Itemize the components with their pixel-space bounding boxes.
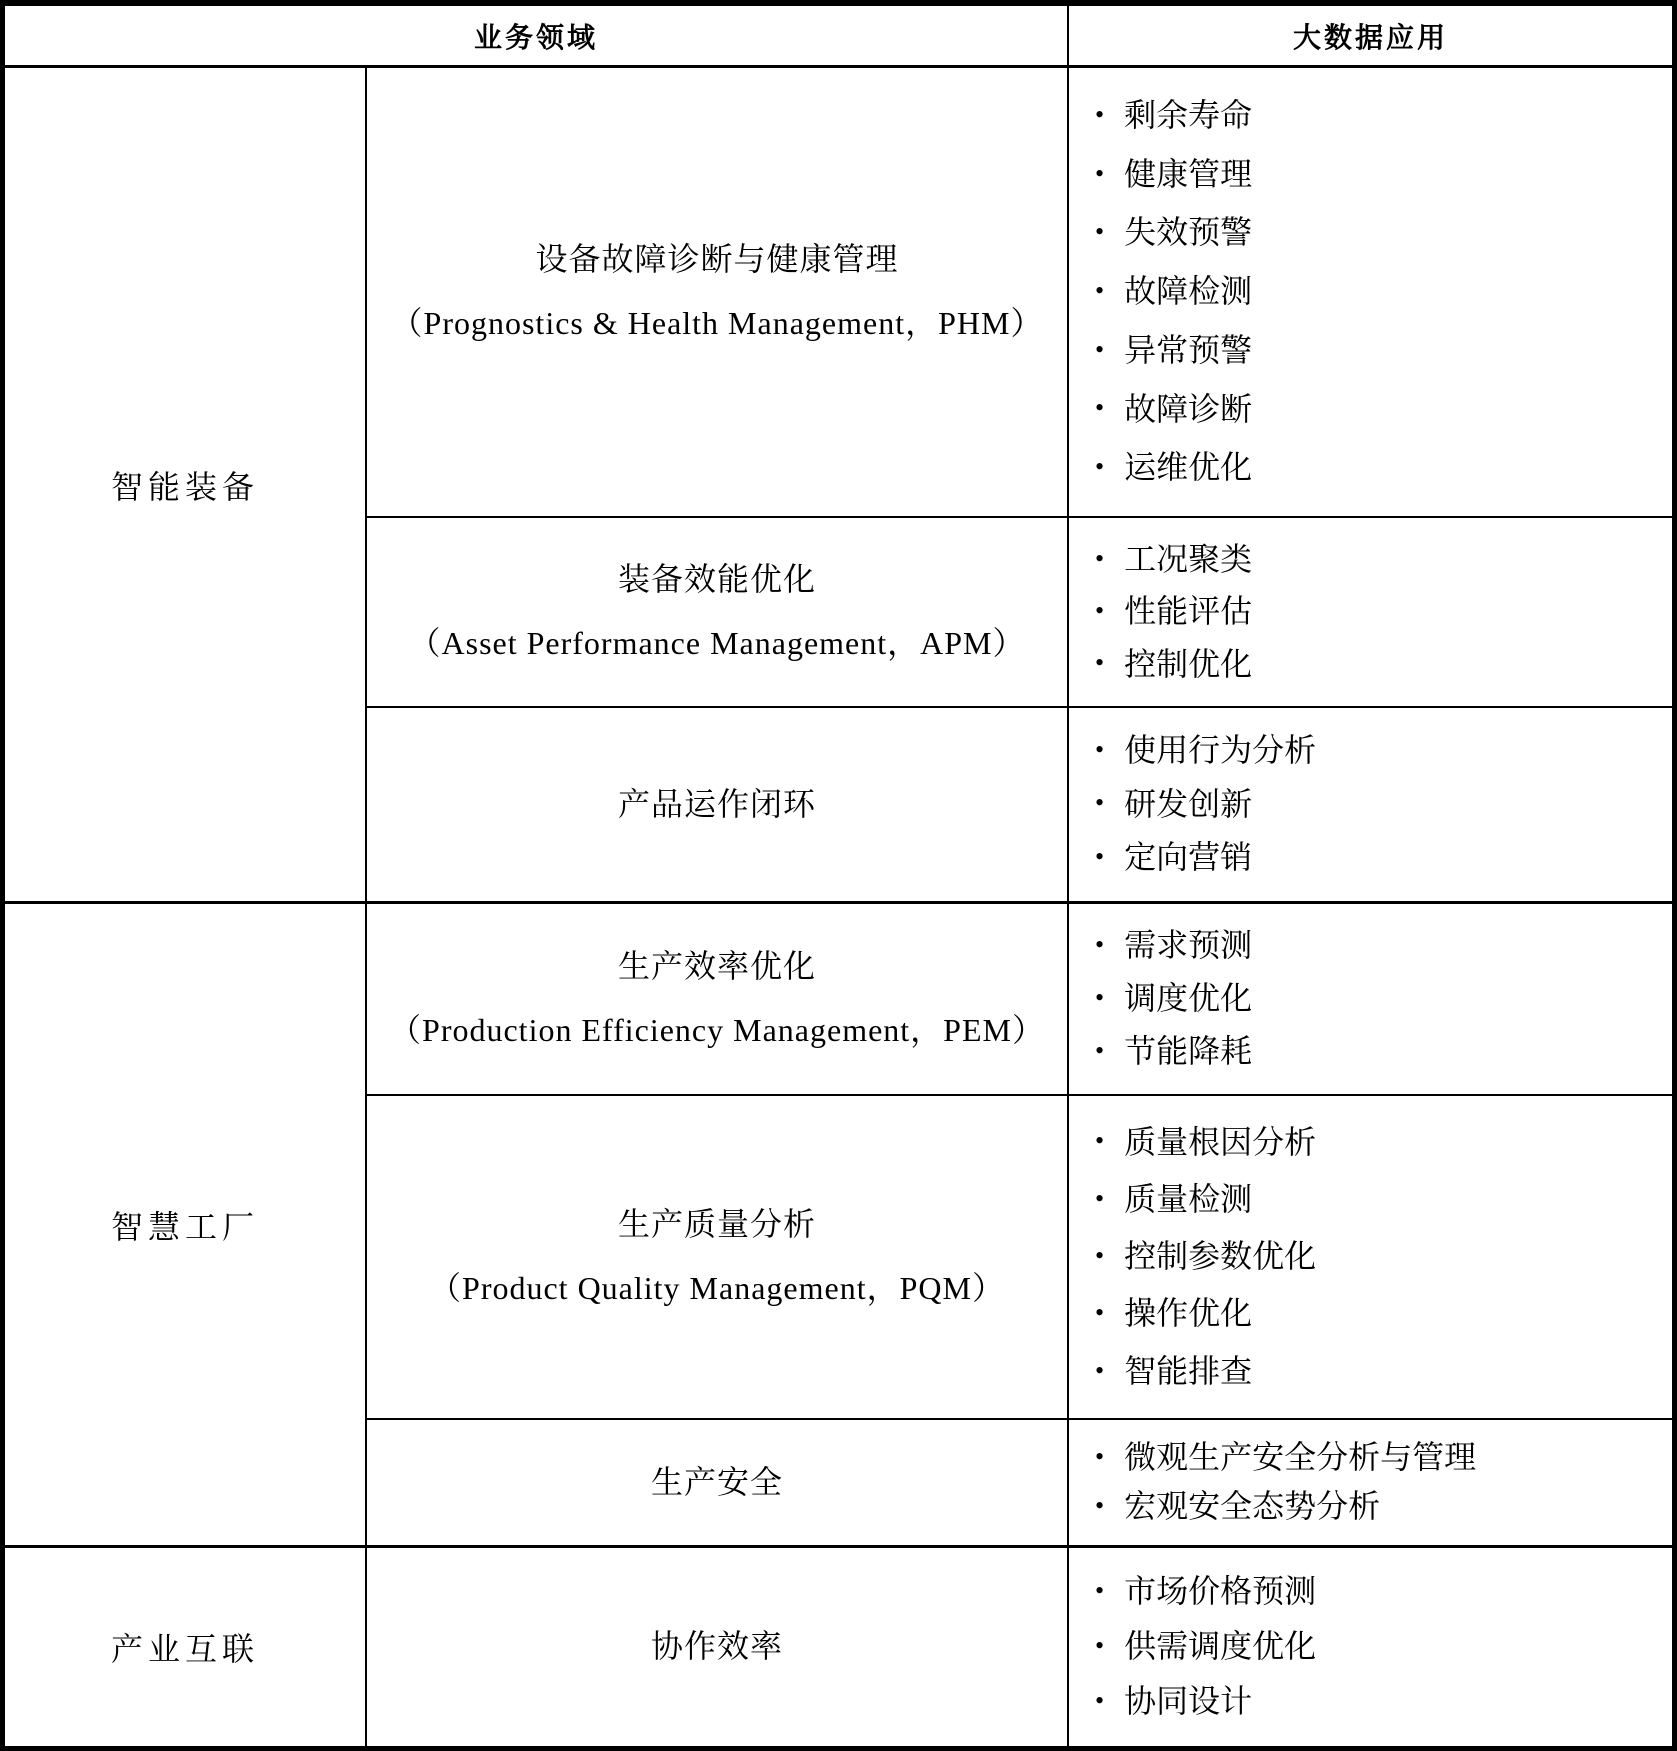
area-title: 装备效能优化 bbox=[618, 563, 816, 597]
bullet-icon: • bbox=[1095, 1128, 1104, 1154]
app-item: •需求预测 bbox=[1095, 929, 1662, 963]
header-cell-business-domain: 业务领域 bbox=[5, 6, 1069, 68]
app-item: •研发创新 bbox=[1095, 788, 1662, 822]
bullet-icon: • bbox=[1095, 650, 1104, 676]
area-title: 设备故障诊断与健康管理 bbox=[535, 243, 898, 277]
app-label: 需求预测 bbox=[1124, 929, 1252, 963]
area-title: 生产质量分析 bbox=[618, 1208, 816, 1242]
bullet-icon: • bbox=[1095, 337, 1104, 363]
area-subtitle: （Production Efficiency Management，PEM） bbox=[389, 1014, 1045, 1048]
app-label: 运维优化 bbox=[1124, 451, 1252, 485]
area-title: 生产安全 bbox=[651, 1466, 783, 1500]
app-item: •宏观安全态势分析 bbox=[1095, 1490, 1662, 1524]
area-cell-product-operation-loop: 产品运作闭环 bbox=[367, 708, 1069, 904]
area-cell-pem: 生产效率优化 （Production Efficiency Management… bbox=[367, 904, 1069, 1096]
apps-list-pem: •需求预测 •调度优化 •节能降耗 bbox=[1069, 904, 1672, 1096]
app-label: 节能降耗 bbox=[1124, 1035, 1252, 1069]
apps-list-pqm: •质量根因分析 •质量检测 •控制参数优化 •操作优化 •智能排查 bbox=[1069, 1096, 1672, 1420]
app-item: •性能评估 bbox=[1095, 595, 1662, 629]
app-label: 性能评估 bbox=[1124, 595, 1252, 629]
area-cell-production-safety: 生产安全 bbox=[367, 1420, 1069, 1548]
apps-list-collaboration-efficiency: •市场价格预测 •供需调度优化 •协同设计 bbox=[1069, 1548, 1672, 1746]
app-label: 质量根因分析 bbox=[1124, 1126, 1316, 1160]
app-item: •失效预警 bbox=[1095, 216, 1662, 250]
app-item: •工况聚类 bbox=[1095, 543, 1662, 577]
area-subtitle: （Prognostics & Health Management，PHM） bbox=[391, 307, 1044, 341]
bullet-icon: • bbox=[1095, 1186, 1104, 1212]
app-label: 工况聚类 bbox=[1124, 543, 1252, 577]
app-label: 市场价格预测 bbox=[1124, 1575, 1316, 1609]
app-item: •定向营销 bbox=[1095, 841, 1662, 875]
area-title: 协作效率 bbox=[651, 1630, 783, 1664]
business-bigdata-table: 业务领域 大数据应用 智能装备 智慧工厂 产业互联 设备故障诊断与健康管理 （P… bbox=[0, 0, 1677, 1751]
app-item: •健康管理 bbox=[1095, 158, 1662, 192]
app-label: 故障诊断 bbox=[1124, 393, 1252, 427]
app-label: 微观生产安全分析与管理 bbox=[1124, 1441, 1476, 1475]
app-item: •智能排查 bbox=[1095, 1355, 1662, 1389]
area-subtitle: （Asset Performance Management，APM） bbox=[409, 627, 1026, 661]
app-label: 定向营销 bbox=[1124, 841, 1252, 875]
bullet-icon: • bbox=[1095, 1243, 1104, 1269]
app-item: •使用行为分析 bbox=[1095, 734, 1662, 768]
bullet-icon: • bbox=[1095, 985, 1104, 1011]
app-label: 质量检测 bbox=[1124, 1183, 1252, 1217]
bullet-icon: • bbox=[1095, 1038, 1104, 1064]
bullet-icon: • bbox=[1095, 219, 1104, 245]
app-item: •调度优化 bbox=[1095, 982, 1662, 1016]
area-title: 产品运作闭环 bbox=[618, 788, 816, 822]
bullet-icon: • bbox=[1095, 1300, 1104, 1326]
area-title: 生产效率优化 bbox=[618, 950, 816, 984]
app-item: •质量根因分析 bbox=[1095, 1126, 1662, 1160]
app-item: •运维优化 bbox=[1095, 451, 1662, 485]
app-label: 调度优化 bbox=[1124, 982, 1252, 1016]
group-cell-industry-interconnection: 产业互联 bbox=[5, 1548, 367, 1746]
area-cell-phm: 设备故障诊断与健康管理 （Prognostics & Health Manage… bbox=[367, 68, 1069, 518]
bullet-icon: • bbox=[1095, 454, 1104, 480]
app-label: 剩余寿命 bbox=[1124, 99, 1252, 133]
bullet-icon: • bbox=[1095, 1444, 1104, 1470]
bullet-icon: • bbox=[1095, 1358, 1104, 1384]
app-label: 使用行为分析 bbox=[1124, 734, 1316, 768]
app-item: •微观生产安全分析与管理 bbox=[1095, 1441, 1662, 1475]
bullet-icon: • bbox=[1095, 546, 1104, 572]
bullet-icon: • bbox=[1095, 844, 1104, 870]
bullet-icon: • bbox=[1095, 395, 1104, 421]
bullet-icon: • bbox=[1095, 598, 1104, 624]
group-cell-smart-factory: 智慧工厂 bbox=[5, 904, 367, 1548]
app-item: •节能降耗 bbox=[1095, 1035, 1662, 1069]
app-item: •协同设计 bbox=[1095, 1685, 1662, 1719]
bullet-icon: • bbox=[1095, 1633, 1104, 1659]
bullet-icon: • bbox=[1095, 1493, 1104, 1519]
app-item: •异常预警 bbox=[1095, 334, 1662, 368]
app-label: 智能排查 bbox=[1124, 1355, 1252, 1389]
bullet-icon: • bbox=[1095, 932, 1104, 958]
app-label: 操作优化 bbox=[1124, 1297, 1252, 1331]
area-subtitle: （Product Quality Management，PQM） bbox=[429, 1272, 1005, 1306]
app-item: •供需调度优化 bbox=[1095, 1630, 1662, 1664]
app-label: 故障检测 bbox=[1124, 275, 1252, 309]
app-item: •剩余寿命 bbox=[1095, 99, 1662, 133]
area-cell-pqm: 生产质量分析 （Product Quality Management，PQM） bbox=[367, 1096, 1069, 1420]
bullet-icon: • bbox=[1095, 1578, 1104, 1604]
app-item: •故障检测 bbox=[1095, 275, 1662, 309]
apps-list-product-operation-loop: •使用行为分析 •研发创新 •定向营销 bbox=[1069, 708, 1672, 904]
apps-list-apm: •工况聚类 •性能评估 •控制优化 bbox=[1069, 518, 1672, 708]
app-item: •控制优化 bbox=[1095, 648, 1662, 682]
app-item: •操作优化 bbox=[1095, 1297, 1662, 1331]
app-item: •市场价格预测 bbox=[1095, 1575, 1662, 1609]
app-label: 失效预警 bbox=[1124, 216, 1252, 250]
app-label: 健康管理 bbox=[1124, 158, 1252, 192]
app-item: •控制参数优化 bbox=[1095, 1240, 1662, 1274]
app-label: 控制优化 bbox=[1124, 648, 1252, 682]
app-label: 控制参数优化 bbox=[1124, 1240, 1316, 1274]
area-cell-apm: 装备效能优化 （Asset Performance Management，APM… bbox=[367, 518, 1069, 708]
area-cell-collaboration-efficiency: 协作效率 bbox=[367, 1548, 1069, 1746]
app-item: •故障诊断 bbox=[1095, 393, 1662, 427]
apps-list-phm: •剩余寿命 •健康管理 •失效预警 •故障检测 •异常预警 •故障诊断 •运维优… bbox=[1069, 68, 1672, 518]
app-label: 宏观安全态势分析 bbox=[1124, 1490, 1380, 1524]
bullet-icon: • bbox=[1095, 161, 1104, 187]
app-label: 异常预警 bbox=[1124, 334, 1252, 368]
group-cell-intelligent-equipment: 智能装备 bbox=[5, 68, 367, 904]
bullet-icon: • bbox=[1095, 1688, 1104, 1714]
app-label: 研发创新 bbox=[1124, 788, 1252, 822]
apps-list-production-safety: •微观生产安全分析与管理 •宏观安全态势分析 bbox=[1069, 1420, 1672, 1548]
app-label: 供需调度优化 bbox=[1124, 1630, 1316, 1664]
app-label: 协同设计 bbox=[1124, 1685, 1252, 1719]
bullet-icon: • bbox=[1095, 102, 1104, 128]
header-cell-bigdata-application: 大数据应用 bbox=[1069, 6, 1672, 68]
bullet-icon: • bbox=[1095, 737, 1104, 763]
app-item: •质量检测 bbox=[1095, 1183, 1662, 1217]
bullet-icon: • bbox=[1095, 790, 1104, 816]
bullet-icon: • bbox=[1095, 278, 1104, 304]
